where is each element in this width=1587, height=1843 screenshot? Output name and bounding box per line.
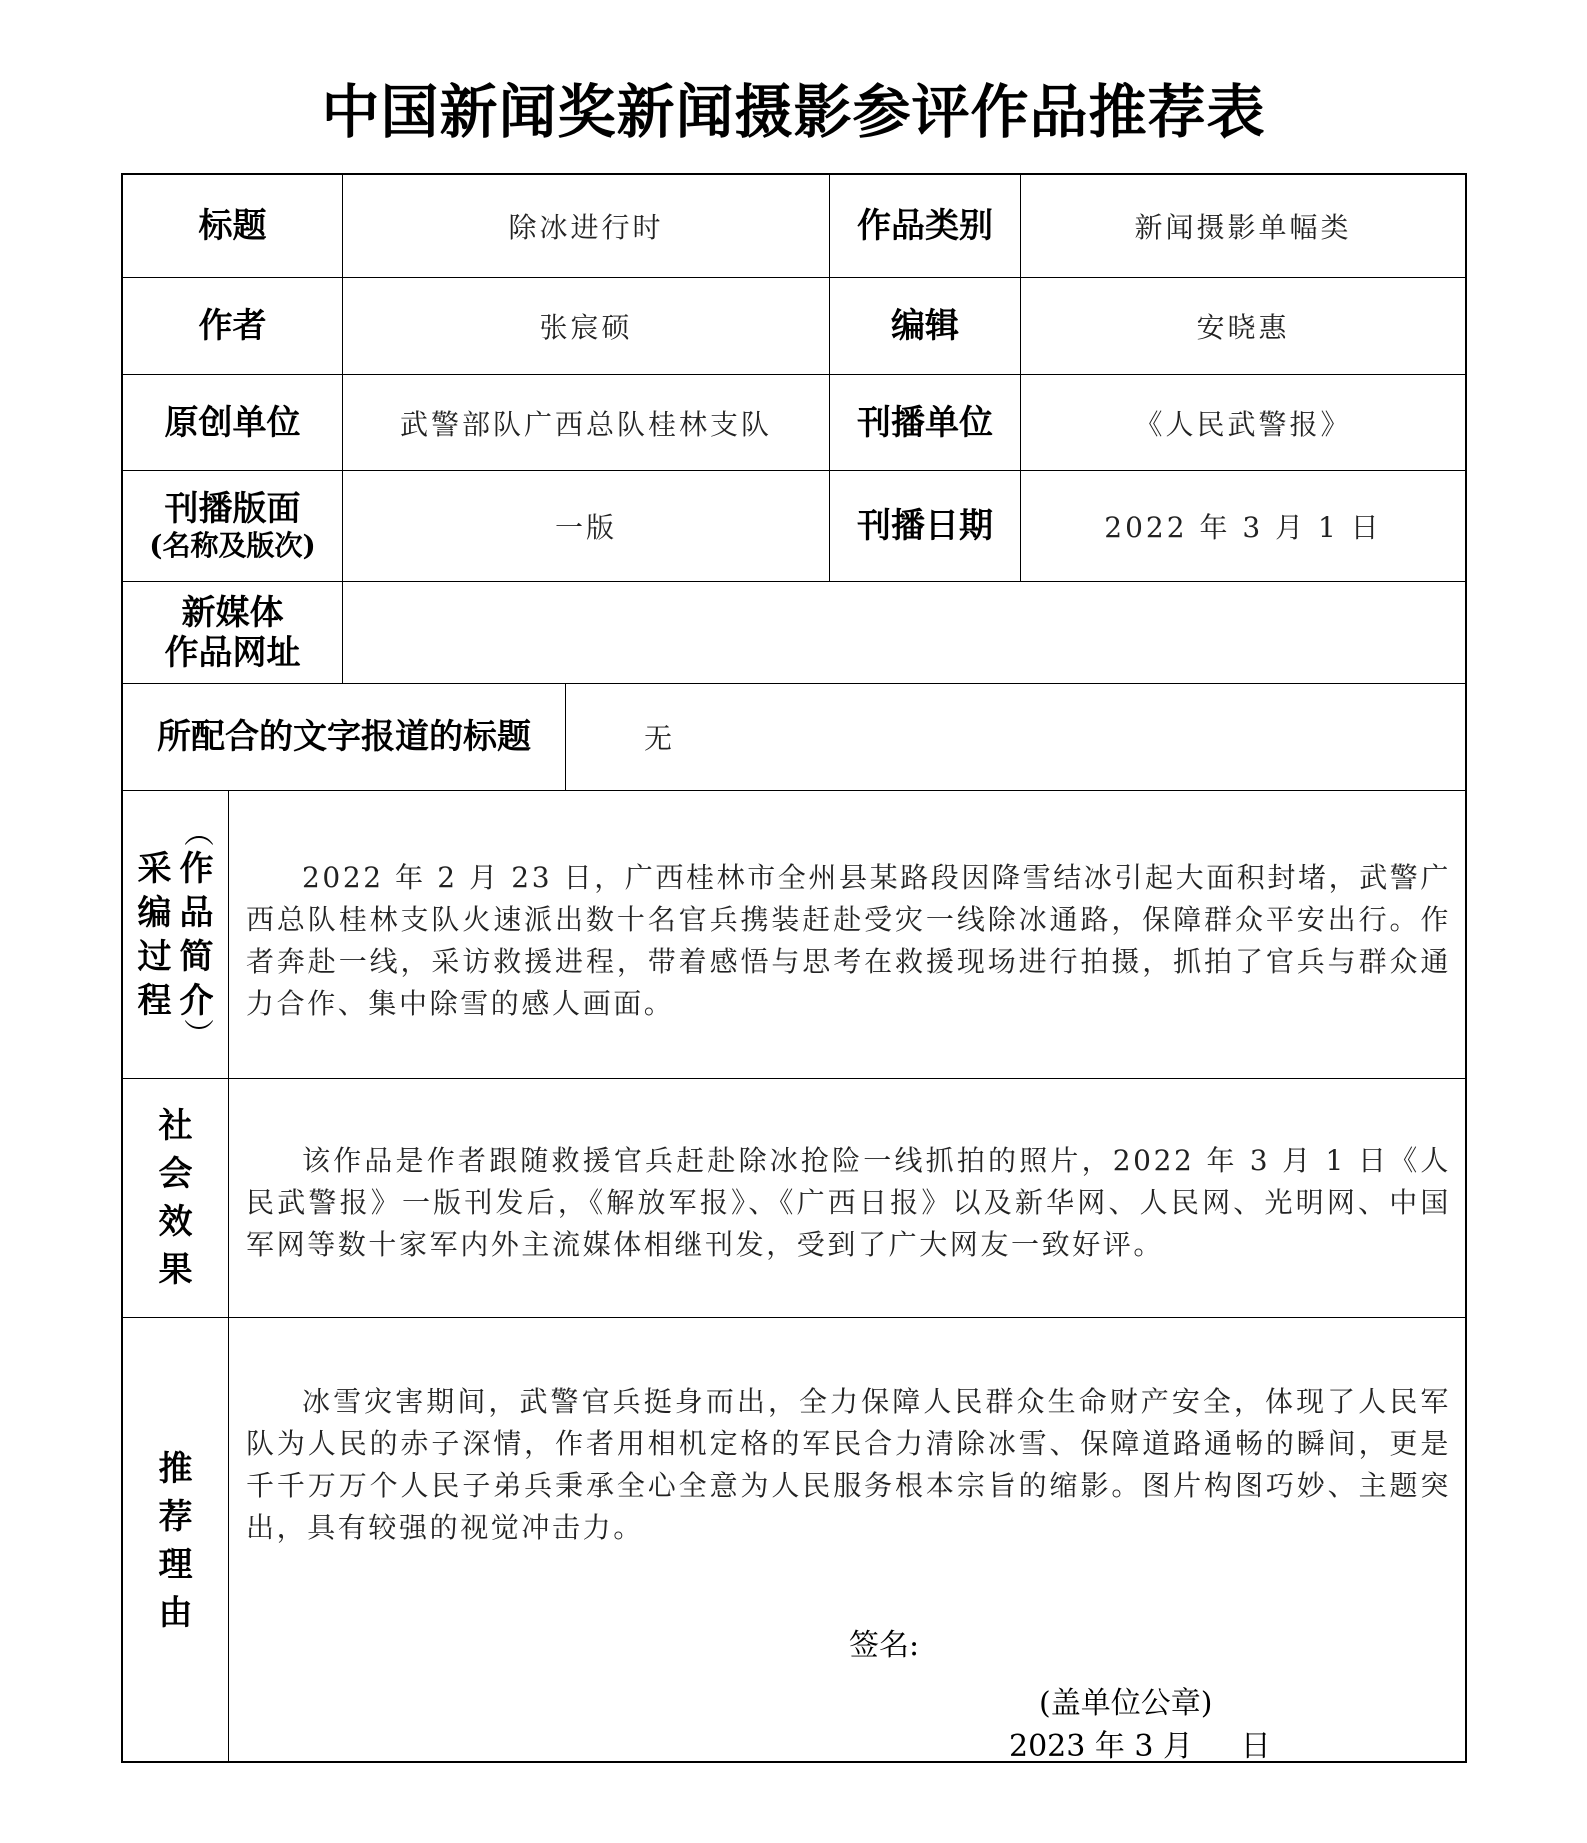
- label-related-text-title: 所配合的文字报道的标题: [123, 684, 565, 790]
- row-author-editor: 作者 张宸硕 编辑 安晓惠: [123, 278, 1465, 375]
- label-editor: 编辑: [829, 278, 1020, 374]
- label-page-sub: (名称及版次): [149, 529, 316, 563]
- label-recommendation-reason: 推 荐 理 由: [123, 1318, 228, 1763]
- row-social-effect: 社 会 效 果 该作品是作者跟随救援官兵赶赴除冰抢险一线抓拍的照片，2022 年…: [123, 1079, 1465, 1318]
- field-publish-date[interactable]: 2022 年 3 月 1 日: [1020, 471, 1465, 581]
- label-process-open-paren: ︵: [184, 819, 214, 849]
- label-page-cell: 刊播版面 (名称及版次): [123, 471, 342, 581]
- field-page[interactable]: 一版: [342, 471, 829, 581]
- row-title-category: 标题 除冰进行时 作品类别 新闻摄影单幅类: [123, 175, 1465, 278]
- row-process: ︵ 采 作 编 品 过 简 程 介 ︶ 2022 年 2 月 23 日，广西桂林…: [123, 791, 1465, 1079]
- label-title: 标题: [123, 175, 342, 277]
- label-publish-date: 刊播日期: [829, 471, 1020, 581]
- signature-label: 签名:: [849, 1620, 919, 1664]
- field-social-effect[interactable]: 该作品是作者跟随救援官兵赶赴除冰抢险一线抓拍的照片，2022 年 3 月 1 日…: [228, 1079, 1465, 1317]
- label-category: 作品类别: [829, 175, 1020, 277]
- label-process-close-paren: ︶: [184, 1021, 214, 1051]
- field-related-text-title[interactable]: 无: [565, 684, 1465, 790]
- field-editor[interactable]: 安晓惠: [1020, 278, 1465, 374]
- label-new-media-line2: 作品网址: [165, 633, 301, 673]
- related-text-title-value: 无: [644, 717, 675, 757]
- field-title[interactable]: 除冰进行时: [342, 175, 829, 277]
- row-recommendation-reason: 推 荐 理 由 冰雪灾害期间，武警官兵挺身而出，全力保障人民群众生命财产安全，体…: [123, 1318, 1465, 1763]
- recommendation-form: 标题 除冰进行时 作品类别 新闻摄影单幅类 作者 张宸硕 编辑 安晓惠 原创单位…: [121, 173, 1467, 1763]
- label-social-effect: 社 会 效 果: [123, 1079, 228, 1317]
- row-related-text-title: 所配合的文字报道的标题 无: [123, 684, 1465, 791]
- page-title: 中国新闻奖新闻摄影参评作品推荐表: [0, 72, 1587, 152]
- label-new-media-cell: 新媒体 作品网址: [123, 582, 342, 683]
- label-process-cell: ︵ 采 作 编 品 过 简 程 介 ︶: [123, 791, 228, 1078]
- field-origin-unit[interactable]: 武警部队广西总队桂林支队: [342, 375, 829, 470]
- field-publisher[interactable]: 《人民武警报》: [1020, 375, 1465, 470]
- label-author: 作者: [123, 278, 342, 374]
- row-origin-publisher: 原创单位 武警部队广西总队桂林支队 刊播单位 《人民武警报》: [123, 375, 1465, 471]
- recommendation-reason-text: 冰雪灾害期间，武警官兵挺身而出，全力保障人民群众生命财产安全，体现了人民军队为人…: [246, 1381, 1451, 1549]
- row-page-date: 刊播版面 (名称及版次) 一版 刊播日期 2022 年 3 月 1 日: [123, 471, 1465, 582]
- label-publisher: 刊播单位: [829, 375, 1020, 470]
- label-process: 采 作 编 品 过 简 程 介: [135, 849, 217, 1021]
- field-category[interactable]: 新闻摄影单幅类: [1020, 175, 1465, 277]
- process-text: 2022 年 2 月 23 日，广西桂林市全州县某路段因降雪结冰引起大面积封堵，…: [246, 857, 1451, 1025]
- label-origin-unit: 原创单位: [123, 375, 342, 470]
- field-author[interactable]: 张宸硕: [342, 278, 829, 374]
- seal-note: (盖单位公章): [1039, 1678, 1212, 1722]
- row-new-media-url: 新媒体 作品网址: [123, 582, 1465, 684]
- field-new-media-url[interactable]: [342, 582, 1465, 683]
- field-recommendation-reason[interactable]: 冰雪灾害期间，武警官兵挺身而出，全力保障人民群众生命财产安全，体现了人民军队为人…: [228, 1318, 1465, 1763]
- social-effect-text: 该作品是作者跟随救援官兵赶赴除冰抢险一线抓拍的照片，2022 年 3 月 1 日…: [246, 1140, 1451, 1266]
- label-page: 刊播版面: [165, 489, 301, 529]
- signature-date: 2023 年 3 月 日: [1009, 1721, 1271, 1765]
- label-new-media-line1: 新媒体: [182, 593, 284, 633]
- field-process[interactable]: 2022 年 2 月 23 日，广西桂林市全州县某路段因降雪结冰引起大面积封堵，…: [228, 791, 1465, 1078]
